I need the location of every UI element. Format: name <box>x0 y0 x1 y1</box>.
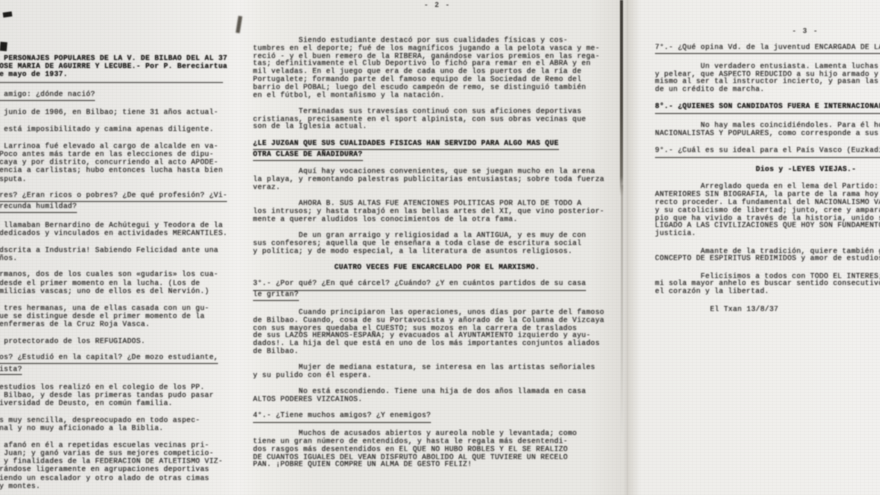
answer: No está escondiendo. Tiene una hija de d… <box>253 389 621 405</box>
text-line: son de la Iglesia actual. <box>253 124 621 132</box>
answer: Su rama KEL adscrita a Industria! Sabien… <box>0 247 232 263</box>
question-line: 3°.- ¿Por qué? ¿En qué cárcel? ¿Cuándo? … <box>253 281 586 290</box>
answer: Terminadas sus travesías continuó con su… <box>253 109 621 132</box>
text-line: Escolapios de Bilbao, y desde las primer… <box>0 392 232 400</box>
text-line: villa de 15 años. <box>0 255 232 263</box>
text-line: en el fútbol, el montañismo y la natació… <box>253 93 621 101</box>
text-line: Tiene también tres hermanas, una de ella… <box>0 305 232 313</box>
text-line: Nació el 8 de junio de 1906, en Bilbao; … <box>0 109 232 117</box>
text-line: entrada la disputa. <box>0 176 232 184</box>
text-line: Su conducta es muy sencilla, despreocupa… <box>0 417 232 425</box>
text-line: CUATRO VECES FUE ENCARCELADO POR EL MARX… <box>253 265 621 273</box>
text-line: la playa, y remontando palestras publici… <box>253 177 621 185</box>
answer: Su buen padre está imposibilitado y cami… <box>0 126 232 134</box>
question: ¿LE JUZGAN QUE SUS CUALIDADES FISICAS HA… <box>253 141 621 161</box>
question-line: 1°.- Diganos, amigo: ¿dónde nació? <box>0 91 95 101</box>
question-line: vían en su verecunda humildad? <box>0 203 77 213</box>
answer: Mujer de mediana estatura, se interesa e… <box>253 365 621 381</box>
text-line: Trabaja en el protectorado de los REFUGI… <box>0 338 232 346</box>
text-line: dari herido que se distingue desde el pr… <box>0 313 232 321</box>
text-line: dados!. La hija del que está en uno de l… <box>253 341 621 349</box>
page-middle-text: Siendo estudiante destacó por sus cualid… <box>253 38 621 479</box>
question-line: 2°.- ¿Sus padres? ¿Eran ricos o pobres? … <box>0 192 227 202</box>
text-line: y política; y de modo especial, a la lit… <box>253 249 621 257</box>
question-line: le gritan? <box>253 292 299 301</box>
answer: Arreglado queda en el lema del Partido: … <box>655 184 880 239</box>
text-line: justicia. <box>655 231 880 239</box>
answer: AHORA B. SUS ALTAS FUE ATENCIONES POLITI… <box>253 201 621 224</box>
text-line: Desde mozo se afanó en él a repetidas es… <box>0 442 232 450</box>
answer: Tiene también tres hermanas, una de ella… <box>0 305 232 330</box>
answer: Amante de la tradición, quiere también g… <box>655 249 880 265</box>
text-line: Olavarrieta, dedicados y vinculados en a… <box>0 230 232 238</box>
text-line: de un crédito de marcha. <box>655 87 880 95</box>
question-8: 8°.- ¿QUIENES SON CANDIDATOS FUERA E INT… <box>655 104 880 113</box>
question-2: 2°.- ¿Sus padres? ¿Eran ricos o pobres? … <box>0 192 232 213</box>
question: ¿Y sus estudios? ¿Estudió en la capital?… <box>0 354 232 375</box>
answer: Siendo estudiante destacó por sus cualid… <box>253 38 621 100</box>
answer: Cuando principiaron las operaciones, uno… <box>253 310 621 357</box>
signature: El Txan 13/8/37 <box>710 307 880 315</box>
answer: No hay males coincidiéndoles. Para él ho… <box>655 123 880 139</box>
document-header: ENTREVISTAS A PERSONAJES POPULARES DE LA… <box>0 55 232 83</box>
text-line: PAN. ¡POBRE QUIEN COMPRE UN ALMA DE GEST… <box>253 462 621 470</box>
text-line: y su pulido con él espera. <box>253 373 621 381</box>
question-1: 1°.- Diganos, amigo: ¿dónde nació? <box>0 91 232 101</box>
question-line: OTRA CLASE DE AÑADIDURA? <box>253 152 363 161</box>
text-line: cristianas, siendo un escalador y otro a… <box>0 475 232 483</box>
question-line: 9°.- ¿Cuál es su ideal para el País Vasc… <box>655 148 880 157</box>
question-9: 9°.- ¿Cuál es su ideal para el País Vasc… <box>655 148 880 157</box>
text-line: por collados y montes. <box>0 483 232 491</box>
text-line: El Txan 13/8/37 <box>710 307 880 315</box>
text-line: Sus padres se llamaban Bernardino de Ach… <box>0 222 232 230</box>
answer: Su conducta es muy sencilla, despreocupa… <box>0 417 232 433</box>
page-right-text: 7°.- ¿Qué opina Vd. de la juventud ENCAR… <box>655 45 880 324</box>
text-line: veraz. <box>253 185 621 193</box>
text-line: CAINA; encontrándose ligeramente en agru… <box>0 466 232 474</box>
question-line: 4°.- ¿Tiene muchos amigos? ¿Y enemigos? <box>253 413 431 422</box>
answer: De un gran arraigo y religiosidad a la A… <box>253 233 621 256</box>
question-line: ¿LE JUZGAN QUE SUS CUALIDADES FISICAS HA… <box>253 141 559 150</box>
text-line: el corazón y la libertad. <box>655 289 880 297</box>
answer: Sus padres se llamaban Bernardino de Ach… <box>0 222 232 238</box>
text-line: marias de San Juan; y ganó varias de sus… <box>0 450 232 458</box>
page-number-3: - 3 - <box>792 28 819 36</box>
answer: Trabaja en el protectorado de los REFUGI… <box>0 338 232 346</box>
question-line: 7°.- ¿Qué opina Vd. de la juventud ENCAR… <box>655 45 880 54</box>
text-line: Su tío Emilio Larrinoa fué elevado al ca… <box>0 143 232 151</box>
text-line: CONCEPTO DE ESPIRITUS REDIMIDOS y amor d… <box>655 256 880 264</box>
text-line: Tiene tres hermanos, dos de los cuales s… <box>0 271 232 279</box>
answer: Aquí hay vocaciones convenientes, que se… <box>253 169 621 192</box>
answer: Felicísimos a todos con TODO EL INTERES;… <box>655 274 880 297</box>
question-3: 3°.- ¿Por qué? ¿En qué cárcel? ¿Cuándo? … <box>253 281 621 301</box>
text-line: Bilbao.- 16 de mayo de 1937. <box>0 71 232 79</box>
text-line: to internacional y no muy aficionado a l… <box>0 425 232 433</box>
question-line: ¿Y sus estudios? ¿Estudió en la capital?… <box>0 354 218 364</box>
answer: Un verdadero entusiasta. Lamenta luchas … <box>655 64 880 95</box>
heading: Dios y -LEYES VIEJAS.- <box>655 167 880 175</box>
text-line: Los primeros estudios los realizó en el … <box>0 384 232 392</box>
page-crease-faint <box>621 185 623 435</box>
text-line: Su buen padre está imposibilitado y cami… <box>0 126 232 134</box>
text-line: ALTOS PODERES VIZCAINOS. <box>253 397 621 405</box>
question-4: 4°.- ¿Tiene muchos amigos? ¿Y enemigos? <box>253 413 621 422</box>
answer: Desde mozo se afanó en él a repetidas es… <box>0 442 232 491</box>
text-line: luego a la Universidad de Deusto, en com… <box>0 400 232 408</box>
text-line: ahora de las milicias vascas; uno de ell… <box>0 288 232 296</box>
text-line: guerra, como enfermeras de la Cruz Roja … <box>0 321 232 329</box>
statement: CUATRO VECES FUE ENCARCELADO POR EL MARX… <box>253 265 621 273</box>
answer: Tiene tres hermanos, dos de los cuales s… <box>0 271 232 296</box>
text-line: rias villas. Poco antes más tarde en las… <box>0 151 232 159</box>
text-line: les combaten desde el primer momento en … <box>0 280 232 288</box>
text-line: rado en referencia a carlistas; hubo ent… <box>0 167 232 175</box>
answer: Los primeros estudios los realizó en el … <box>0 384 232 409</box>
answer: Nació el 8 de junio de 1906, en Bilbao; … <box>0 109 232 117</box>
text-line: Dios y -LEYES VIEJAS.- <box>655 167 880 175</box>
text-line: mente a querer aludidos los conocimiento… <box>253 217 621 225</box>
underline-rule <box>0 82 223 83</box>
answer: Muchos de acusados abiertos y aureola no… <box>253 431 621 470</box>
text-line: ENTREVISTAS A PERSONAJES POPULARES DE LA… <box>0 55 232 63</box>
scan-artifact <box>0 42 7 52</box>
text-line: Su rama KEL adscrita a Industria! Sabien… <box>0 247 232 255</box>
question-line: 8°.- ¿QUIENES SON CANDIDATOS FUERA E INT… <box>655 104 880 113</box>
text-line: NACIONALISTAS Y POPULARES, como correspo… <box>655 131 880 139</box>
text-line: de Bilbao. <box>253 349 621 357</box>
question-7: 7°.- ¿Qué opina Vd. de la juventud ENCAR… <box>655 45 880 54</box>
question-line: era ya deportista? <box>0 366 22 376</box>
page-number-2: - 2 - <box>424 2 451 10</box>
page-left-text: ENTREVISTAS A PERSONAJES POPULARES DE LA… <box>0 55 232 495</box>
answer: Su tío Emilio Larrinoa fué elevado al ca… <box>0 143 232 184</box>
